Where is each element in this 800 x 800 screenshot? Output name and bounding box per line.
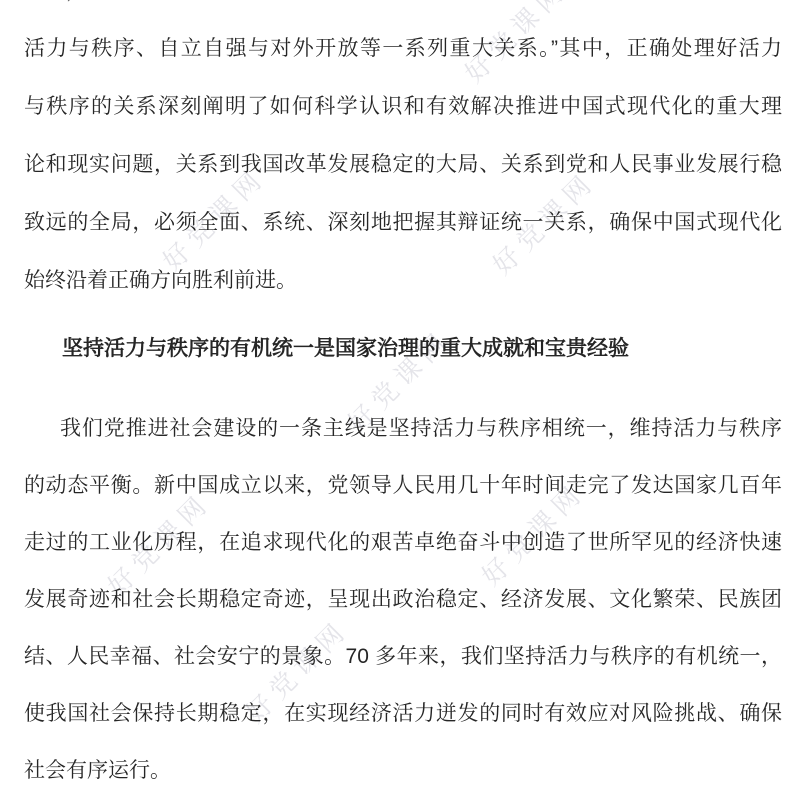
- text-line: 使我国社会保持长期稳定，在实现经济活力迸发的同时有效应对风险挑战、确保: [24, 685, 782, 742]
- text-line: 的动态平衡。新中国成立以来，党领导人民用几十年时间走完了发达国家几百年: [24, 457, 782, 514]
- text-line: 社会有序运行。: [24, 742, 782, 799]
- text-line: 致远的全局，必须全面、系统、深刻地把握其辩证统一关系，确保中国式现代化: [24, 194, 782, 252]
- text-line: 发展奇迹和社会长期稳定奇迹，呈现出政治稳定、经济发展、文化繁荣、民族团: [24, 571, 782, 628]
- article-body: 推进，正确处理好顶层设计与实践探索、战略与策略、守正与创新、效率与公平、 活力与…: [0, 0, 800, 799]
- document-page: 好党课网 好党课网 好党课网 好党课网 好党课网 好党课网 好党课网 推进，正确…: [0, 0, 800, 800]
- text-line: 走过的工业化历程，在追求现代化的艰苦卓绝奋斗中创造了世所罕见的经济快速: [24, 514, 782, 571]
- paragraph-2: 我们党推进社会建设的一条主线是坚持活力与秩序相统一，维持活力与秩序 的动态平衡。…: [24, 400, 782, 799]
- section-heading: 坚持活力与秩序的有机统一是国家治理的重大成就和宝贵经验: [24, 326, 782, 372]
- text-line: 活力与秩序、自立自强与对外开放等一系列重大关系。”其中，正确处理好活力: [24, 20, 782, 78]
- text-line: 我们党推进社会建设的一条主线是坚持活力与秩序相统一，维持活力与秩序: [24, 400, 782, 457]
- text-line: 与秩序的关系深刻阐明了如何科学认识和有效解决推进中国式现代化的重大理: [24, 78, 782, 136]
- paragraph-1: 推进，正确处理好顶层设计与实践探索、战略与策略、守正与创新、效率与公平、 活力与…: [24, 0, 782, 310]
- text-line: 论和现实问题，关系到我国改革发展稳定的大局、关系到党和人民事业发展行稳: [24, 136, 782, 194]
- text-line: 结、人民幸福、社会安宁的景象。70 多年来，我们坚持活力与秩序的有机统一，: [24, 628, 782, 685]
- text-line: 推进，正确处理好顶层设计与实践探索、战略与策略、守正与创新、效率与公平、: [24, 0, 782, 20]
- text-line: 始终沿着正确方向胜利前进。: [24, 252, 782, 310]
